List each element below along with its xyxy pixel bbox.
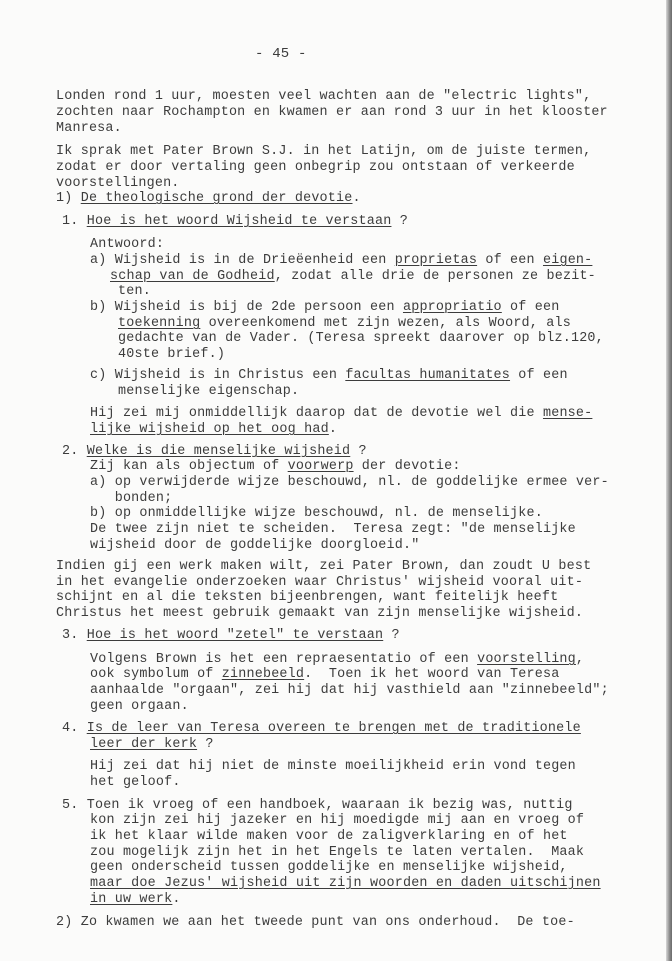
- q2-line-3: b) op onmiddellijke wijze beschouwd, nl.…: [90, 506, 543, 522]
- q1-remark-line-2: lijke wijsheid op het oog had.: [90, 422, 337, 438]
- question-3-title: Hoe is het woord "zetel" te verstaan: [87, 628, 384, 643]
- q5-line-3: ik het klaar wilde maken voor de zaligve…: [90, 829, 568, 845]
- q5-underlined-line-1: maar doe Jezus' wijsheid uit zijn woorde…: [90, 876, 601, 892]
- para3-line-4: Christus het meest gebruik gemaakt van z…: [56, 606, 583, 622]
- q3-line-4: geen orgaan.: [90, 699, 189, 715]
- q2-line-4: De twee zijn niet te scheiden. Teresa ze…: [90, 522, 576, 538]
- q4-line-1: Hij zei dat hij niet de minste moeilijkh…: [90, 759, 576, 775]
- para2-line-1: Ik sprak met Pater Brown S.J. in het Lat…: [56, 144, 591, 160]
- q2-line-5: wijsheid door de goddelijke doorgloeid.": [90, 538, 419, 554]
- para3-line-2: in het evangelie onderzoeken waar Christ…: [56, 575, 583, 591]
- question-4-title-line-1: Is de leer van Teresa overeen te brengen…: [87, 721, 581, 736]
- q4-line-2: het geloof.: [90, 775, 181, 791]
- page-number: - 45 -: [255, 46, 307, 62]
- para3-line-1: Indien gij een werk maken wilt, zei Pate…: [56, 559, 591, 575]
- question-1-title: Hoe is het woord Wijsheid te verstaan: [87, 214, 392, 229]
- intro-line-1: Londen rond 1 uur, moesten veel wachten …: [56, 89, 591, 105]
- question-3: 3. Hoe is het woord "zetel" te verstaan …: [62, 628, 400, 644]
- question-4-title-line-2: leer der kerk: [90, 737, 197, 752]
- intro-line-2: zochten naar Rochampton en kwamen er aan…: [56, 105, 608, 121]
- q1-b-line-1: b) Wijsheid is bij de 2de persoon een ap…: [90, 300, 559, 316]
- q1-remark-line-1: Hij zei mij onmiddellijk daarop dat de d…: [90, 406, 592, 422]
- q5-line-4: zou mogelijk zijn het in het Engels te l…: [90, 845, 584, 861]
- para2-line-2: zodat er door vertaling geen onbegrip zo…: [56, 160, 575, 176]
- para3-line-3: schijnt en al die teksten bijeenbrengen,…: [56, 590, 558, 606]
- q5-line-5: geen onderscheid tussen goddelijke en me…: [90, 860, 568, 876]
- q3-line-1: Volgens Brown is het een repraesentatio …: [90, 652, 584, 668]
- q3-line-2: ook symbolum of zinnebeeld. Toen ik het …: [90, 667, 559, 683]
- q2-line-2: bonden;: [90, 491, 172, 507]
- section-2-line: 2) Zo kwamen we aan het tweede punt van …: [56, 915, 575, 931]
- q1-c-line-1: c) Wijsheid is in Christus een facultas …: [90, 368, 568, 384]
- question-4-cont: leer der kerk ?: [90, 737, 214, 753]
- question-1: 1. Hoe is het woord Wijsheid te verstaan…: [62, 214, 408, 230]
- question-5: 5. Toen ik vroeg of een handboek, waaraa…: [62, 798, 573, 814]
- question-2-title: Welke is die menselijke wijsheid: [87, 444, 351, 459]
- q1-b-line-4: 40ste brief.): [118, 347, 225, 363]
- section-1-title: De theologische grond der devotie: [81, 191, 353, 206]
- page-edge-shadow: [666, 0, 672, 961]
- q1-b-line-3: gedachte van de Vader. (Teresa spreekt d…: [118, 331, 604, 347]
- intro-line-3: Manresa.: [56, 121, 122, 137]
- q1-a-line-2: schap van de Godheid, zodat alle drie de…: [110, 269, 596, 285]
- answer-label: Antwoord:: [90, 237, 164, 253]
- q5-underlined-line-2: in uw werk.: [90, 892, 181, 908]
- q2-intro: Zij kan als objectum of voorwerp der dev…: [90, 459, 461, 475]
- question-4: 4. Is de leer van Teresa overeen te bren…: [62, 721, 581, 737]
- q5-line-2: kon zijn zei hij jazeker en hij moedigde…: [90, 813, 584, 829]
- q1-a-line-3: ten.: [118, 284, 151, 300]
- q3-line-3: aanhaalde "orgaan", zei hij dat hij vast…: [90, 683, 609, 699]
- q2-line-1: a) op verwijderde wijze beschouwd, nl. d…: [90, 475, 609, 491]
- para2-line-3: voorstellingen.: [56, 176, 180, 192]
- q1-c-line-2: menselijke eigenschap.: [118, 384, 299, 400]
- section-1-heading: 1) De theologische grond der devotie.: [56, 191, 361, 207]
- q1-b-line-2: toekenning overeenkomend met zijn wezen,…: [118, 316, 571, 332]
- question-2: 2. Welke is die menselijke wijsheid ?: [62, 444, 367, 460]
- q1-a-line-1: a) Wijsheid is in de Drieëenheid een pro…: [90, 253, 592, 269]
